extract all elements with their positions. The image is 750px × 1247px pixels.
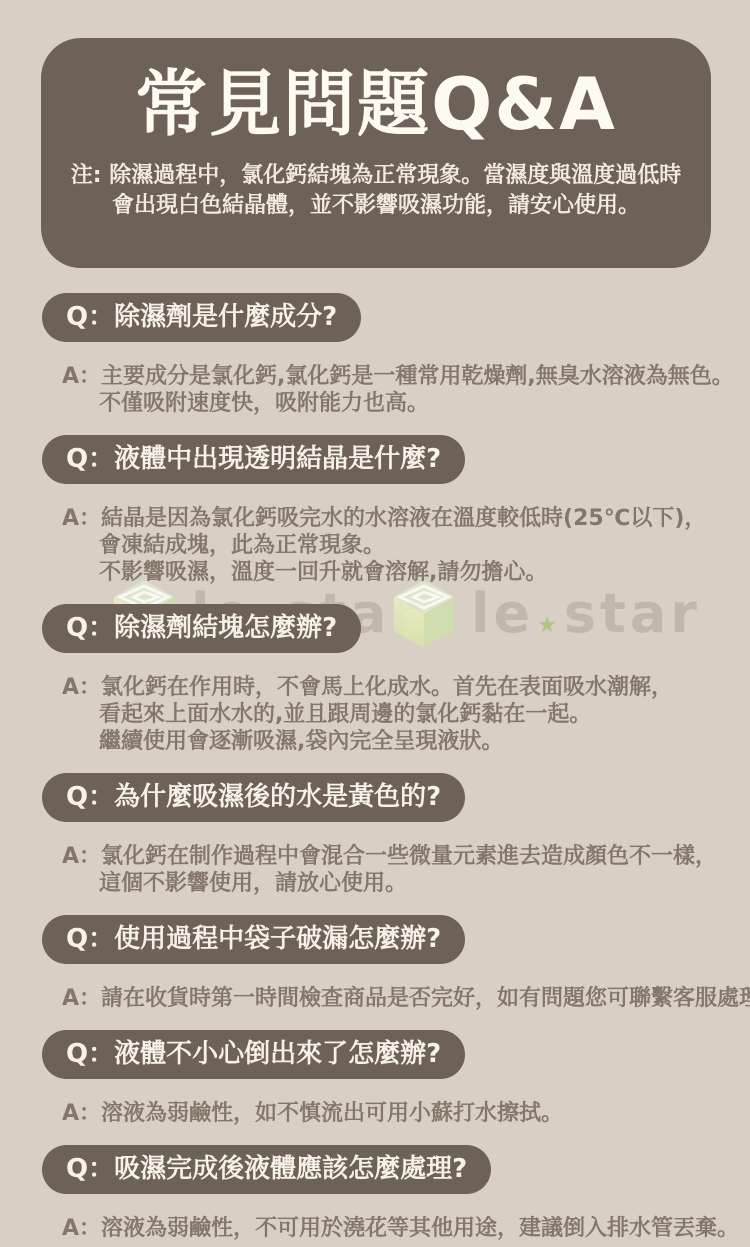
qa-item-3: Q：除濕劑結塊怎麼辦? A：氯化鈣在作用時，不會馬上化成水。首先在表面吸水潮解，… [42, 604, 710, 755]
question-pill: Q：除濕劑是什麼成分? [42, 293, 361, 342]
header: 常見問題Q&A 注: 除濕過程中，氯化鈣結塊為正常現象。當濕度與溫度過低時 會出… [41, 38, 711, 268]
page-title: 常見問題Q&A [41, 64, 711, 145]
faq-page: 常見問題Q&A 注: 除濕過程中，氯化鈣結塊為正常現象。當濕度與溫度過低時 會出… [0, 0, 750, 1247]
qa-item-1: Q：除濕劑是什麼成分? A：主要成分是氯化鈣,氯化鈣是一種常用乾燥劑,無臭水溶液… [42, 293, 710, 417]
question-pill: Q：使用過程中袋子破漏怎麼辦? [42, 915, 465, 964]
qa-item-6: Q：液體不小心倒出來了怎麼辦? A：溶液為弱鹼性，如不慎流出可用小蘇打水擦拭。 [42, 1030, 710, 1127]
question-pill: Q：為什麼吸濕後的水是黃色的? [42, 773, 465, 822]
header-note-line-1: 注: 除濕過程中，氯化鈣結塊為正常現象。當濕度與溫度過低時 [41, 161, 711, 191]
answer: A：溶液為弱鹼性，如不慎流出可用小蘇打水擦拭。 [62, 1100, 710, 1127]
answer: A：結晶是因為氯化鈣吸完水的水溶液在溫度較低時(25℃以下)， 會凍結成塊，此為… [62, 505, 710, 586]
answer-line: A：溶液為弱鹼性，不可用於澆花等其他用途，建議倒入排水管丟棄。 [62, 1215, 710, 1242]
answer-line: A：結晶是因為氯化鈣吸完水的水溶液在溫度較低時(25℃以下)， [62, 505, 710, 532]
question-pill: Q：吸濕完成後液體應該怎麼處理? [42, 1145, 491, 1194]
qa-item-2: Q：液體中出現透明結晶是什麼? A：結晶是因為氯化鈣吸完水的水溶液在溫度較低時(… [42, 435, 710, 586]
answer-line: 看起來上面水水的,並且跟周邊的氯化鈣黏在一起。 [62, 701, 710, 728]
answer-line: 不影響吸濕，溫度一回升就會溶解,請勿擔心。 [62, 559, 710, 586]
question-pill: Q：除濕劑結塊怎麼辦? [42, 604, 361, 653]
header-note: 注: 除濕過程中，氯化鈣結塊為正常現象。當濕度與溫度過低時 會出現白色結晶體，並… [41, 161, 711, 221]
answer: A：氯化鈣在作用時，不會馬上化成水。首先在表面吸水潮解， 看起來上面水水的,並且… [62, 674, 710, 755]
question-pill: Q：液體不小心倒出來了怎麼辦? [42, 1030, 465, 1079]
answer-line: 這個不影響使用，請放心使用。 [62, 870, 710, 897]
qa-item-5: Q：使用過程中袋子破漏怎麼辦? A：請在收貨時第一時間檢查商品是否完好，如有問題… [42, 915, 710, 1012]
answer-line: A：氯化鈣在作用時，不會馬上化成水。首先在表面吸水潮解， [62, 674, 710, 701]
qa-item-7: Q：吸濕完成後液體應該怎麼處理? A：溶液為弱鹼性，不可用於澆花等其他用途，建議… [42, 1145, 710, 1242]
answer-line: A：主要成分是氯化鈣,氯化鈣是一種常用乾燥劑,無臭水溶液為無色。 [62, 363, 710, 390]
qa-item-4: Q：為什麼吸濕後的水是黃色的? A：氯化鈣在制作過程中會混合一些微量元素進去造成… [42, 773, 710, 897]
answer: A：主要成分是氯化鈣,氯化鈣是一種常用乾燥劑,無臭水溶液為無色。 不僅吸附速度快… [62, 363, 710, 417]
question-pill: Q：液體中出現透明結晶是什麼? [42, 435, 465, 484]
answer-line: A：請在收貨時第一時間檢查商品是否完好，如有問題您可聯繫客服處理。 [62, 985, 710, 1012]
answer-line: 繼續使用會逐漸吸濕,袋內完全呈現液狀。 [62, 728, 710, 755]
faq-list: Q：除濕劑是什麼成分? A：主要成分是氯化鈣,氯化鈣是一種常用乾燥劑,無臭水溶液… [42, 268, 710, 1242]
answer-line: 會凍結成塊，此為正常現象。 [62, 532, 710, 559]
answer-line: 不僅吸附速度快，吸附能力也高。 [62, 390, 710, 417]
answer-line: A：溶液為弱鹼性，如不慎流出可用小蘇打水擦拭。 [62, 1100, 710, 1127]
answer: A：請在收貨時第一時間檢查商品是否完好，如有問題您可聯繫客服處理。 [62, 985, 710, 1012]
answer: A：氯化鈣在制作過程中會混合一些微量元素進去造成顏色不一樣， 這個不影響使用，請… [62, 843, 710, 897]
header-note-line-2: 會出現白色結晶體，並不影響吸濕功能，請安心使用。 [41, 191, 711, 221]
answer: A：溶液為弱鹼性，不可用於澆花等其他用途，建議倒入排水管丟棄。 [62, 1215, 710, 1242]
answer-line: A：氯化鈣在制作過程中會混合一些微量元素進去造成顏色不一樣， [62, 843, 710, 870]
